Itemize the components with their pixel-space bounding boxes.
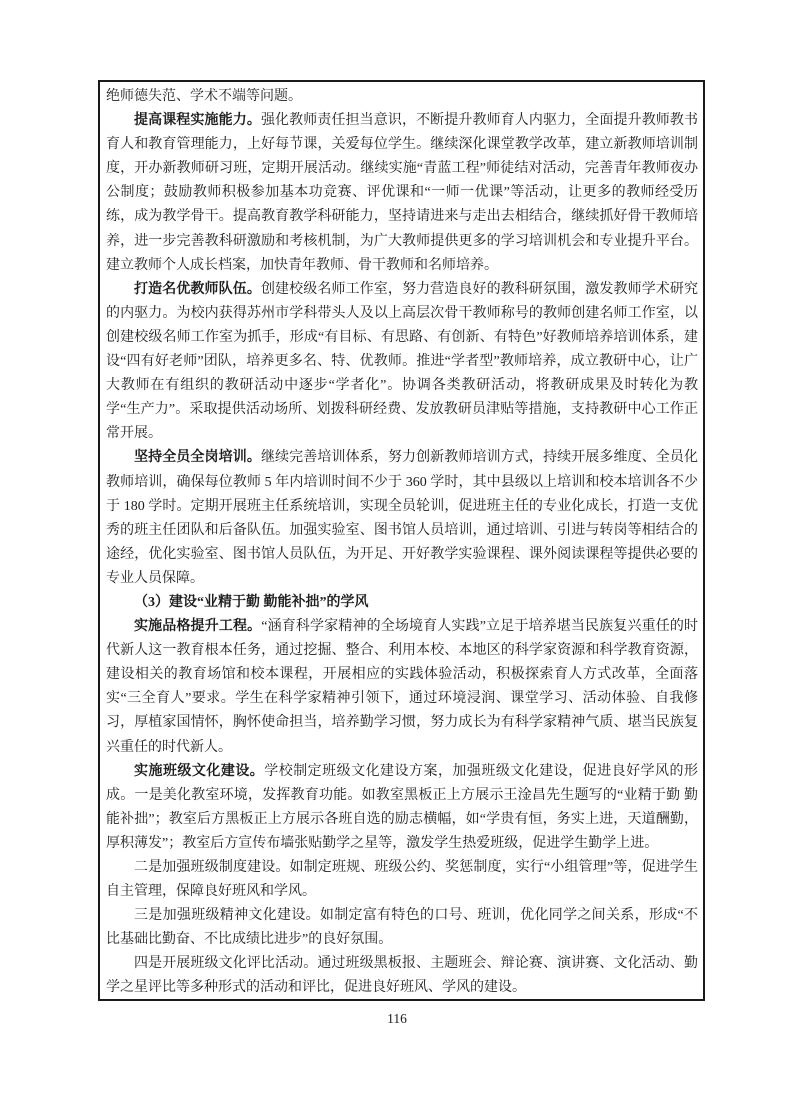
paragraph-text: 创建校级名师工作室，努力营造良好的教科研氛围，激发教师学术研究的内驱力。为校内获… xyxy=(106,282,698,442)
paragraph: 三是加强班级精神文化建设。如制定富有特色的口号、班训，优化同学之间关系，形成“不… xyxy=(106,904,698,952)
paragraph-text: 强化教师责任担当意识，不断提升教师育人内驱力，全面提升教师教书育人和教育管理能力… xyxy=(106,113,698,273)
paragraph: 实施班级文化建设。学校制定班级文化建设方案，加强班级文化建设，促进良好学风的形成… xyxy=(106,760,698,856)
paragraph: （3）建设“业精于勤 勤能补拙”的学风 xyxy=(106,591,698,615)
paragraph: 打造名优教师队伍。创建校级名师工作室，努力营造良好的教科研氛围，激发教师学术研究… xyxy=(106,278,698,447)
paragraph-text: 三是加强班级精神文化建设。如制定富有特色的口号、班训，优化同学之间关系，形成“不… xyxy=(106,908,698,947)
paragraph-text: “涵育科学家精神的全场境育人实践”立足于培养堪当民族复兴重任的时代新人这一教育根… xyxy=(106,619,698,754)
document-page: 绝师德失范、学术不端等问题。提高课程实施能力。强化教师责任担当意识，不断提升教师… xyxy=(0,0,794,1108)
paragraph-lead: 提高课程实施能力。 xyxy=(134,113,261,128)
paragraph-lead: 打造名优教师队伍。 xyxy=(134,282,261,297)
paragraph: 坚持全员全岗培训。继续完善培训体系，努力创新教师培训方式，持续开展多维度、全员化… xyxy=(106,446,698,591)
paragraph-text: 四是开展班级文化评比活动。通过班级黑板报、主题班会、辩论赛、演讲赛、文化活动、勤… xyxy=(106,956,698,995)
paragraph-lead: 坚持全员全岗培训。 xyxy=(134,450,261,465)
paragraph-text: 二是加强班级制度建设。如制定班规、班级公约、奖惩制度，实行“小组管理”等，促进学… xyxy=(106,860,698,899)
paragraph-lead: 实施班级文化建设。 xyxy=(134,764,264,779)
paragraph-text: 继续完善培训体系，努力创新教师培训方式，持续开展多维度、全员化教师培训，确保每位… xyxy=(106,450,698,585)
paragraph-text: （3）建设“业精于勤 勤能补拙”的学风 xyxy=(134,595,369,610)
paragraph: 二是加强班级制度建设。如制定班规、班级公约、奖惩制度，实行“小组管理”等，促进学… xyxy=(106,856,698,904)
paragraph: 提高课程实施能力。强化教师责任担当意识，不断提升教师育人内驱力，全面提升教师教书… xyxy=(106,109,698,278)
paragraph-lead: 实施品格提升工程。 xyxy=(134,619,261,634)
paragraph: 绝师德失范、学术不端等问题。 xyxy=(106,85,698,109)
document-border-frame: 绝师德失范、学术不端等问题。提高课程实施能力。强化教师责任担当意识，不断提升教师… xyxy=(98,80,705,1001)
paragraph: 实施品格提升工程。“涵育科学家精神的全场境育人实践”立足于培养堪当民族复兴重任的… xyxy=(106,615,698,760)
paragraph-text: 绝师德失范、学术不端等问题。 xyxy=(106,89,302,104)
page-number: 116 xyxy=(0,1011,794,1027)
document-body: 绝师德失范、学术不端等问题。提高课程实施能力。强化教师责任担当意识，不断提升教师… xyxy=(106,85,698,1001)
paragraph: 四是开展班级文化评比活动。通过班级黑板报、主题班会、辩论赛、演讲赛、文化活动、勤… xyxy=(106,952,698,1000)
